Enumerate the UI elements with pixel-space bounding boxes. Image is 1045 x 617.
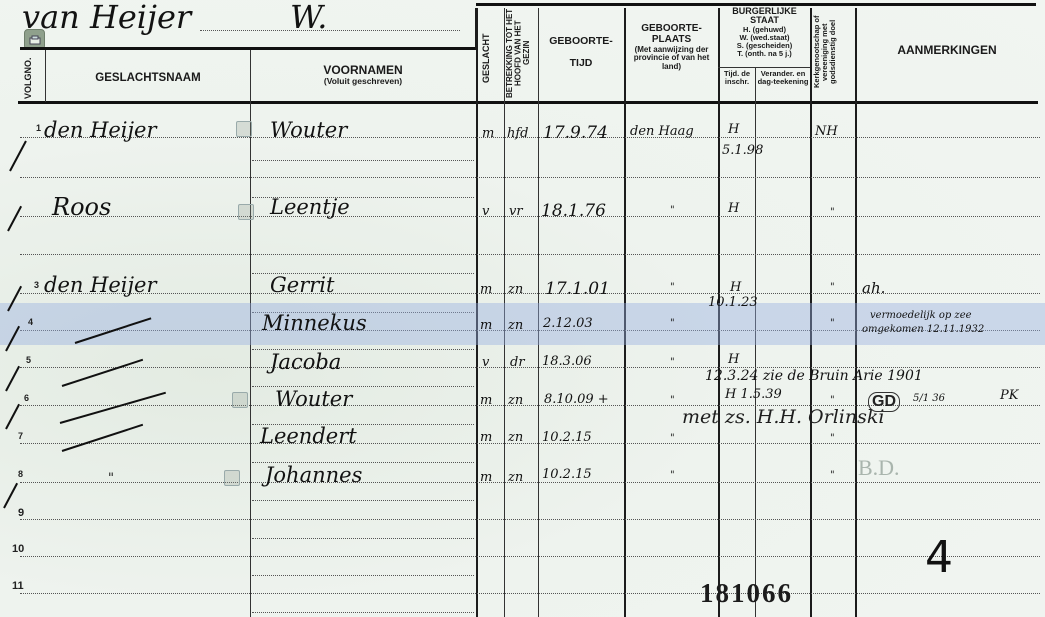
row6-civil: H 1.5.39 <box>725 387 782 402</box>
church: " <box>830 470 835 481</box>
birth-place: " <box>670 433 675 444</box>
civil-status: H <box>728 201 739 216</box>
birth-date: 17.9.74 <box>543 123 608 143</box>
header-volgno: VOLGNO. <box>24 55 33 101</box>
church: " <box>830 318 835 329</box>
birth-place: " <box>670 205 675 216</box>
birth-date: 18.3.06 <box>542 354 592 369</box>
relation: zn <box>508 430 523 445</box>
row-line <box>20 482 1040 483</box>
birth-place: " <box>670 395 675 406</box>
birth-place: " <box>670 318 675 329</box>
surname: den Heijer <box>44 118 157 142</box>
remark-line-2: omgekomen 12.11.1932 <box>862 324 984 335</box>
row6-note: met zs. H.H. Orlinski <box>682 406 884 428</box>
row-line <box>252 160 474 161</box>
given-name: Jacoba <box>270 350 341 374</box>
church: NH <box>815 124 838 139</box>
title-underline <box>20 47 478 50</box>
row-line <box>252 575 474 576</box>
row-line <box>20 443 1040 444</box>
register-card: van Heijer W. VOLGNO. GESLACHTSNAAM VOOR… <box>0 0 1045 617</box>
row6-pk: PK <box>1000 388 1018 403</box>
burgerlijke-staat-divider <box>718 67 811 68</box>
header-geslacht: GESLACHT <box>482 20 491 96</box>
page-mark: 4 <box>925 532 953 583</box>
row-line <box>20 254 1040 255</box>
relation: zn <box>508 318 523 333</box>
civil-status: H <box>728 122 739 137</box>
given-name: Minnekus <box>262 311 367 335</box>
relation: zn <box>508 470 523 485</box>
stamp-mark <box>232 392 248 408</box>
civil-status: H <box>728 352 739 367</box>
sex: m <box>480 282 492 297</box>
birth-place: " <box>670 470 675 481</box>
header-voornamen: VOORNAMEN (Voluit geschreven) <box>250 64 476 86</box>
church: " <box>830 207 835 218</box>
civil-date: 10.1.23 <box>708 295 758 310</box>
tick-mark <box>3 483 18 509</box>
relation: dr <box>510 355 525 370</box>
row-number: 11 <box>12 580 24 592</box>
birth-date: 18.1.76 <box>541 201 606 221</box>
stamp-mark <box>238 204 254 220</box>
header-geslachtsnaam: GESLACHTSNAAM <box>46 72 250 84</box>
stamp-mark <box>236 121 252 137</box>
church: " <box>830 395 835 406</box>
header-aanmerkingen: AANMERKINGEN <box>856 44 1038 57</box>
serial-number: 181066 <box>700 578 793 609</box>
tick-mark <box>9 141 27 172</box>
birth-date: 10.2.15 <box>542 430 592 445</box>
given-name: Leendert <box>260 424 357 448</box>
birth-date: 10.2.15 <box>542 467 592 482</box>
given-name: Gerrit <box>270 273 334 297</box>
tick-mark <box>7 206 22 232</box>
row-line <box>20 177 1040 178</box>
birth-place: " <box>670 357 675 368</box>
birth-date: 2.12.03 <box>543 316 593 331</box>
tick-mark <box>5 404 20 430</box>
row5-civil-note: 12.3.24 zie de Bruin Arie 1901 <box>705 368 923 384</box>
header-geboortetijd-1: GEBOORTE- <box>549 35 613 47</box>
surname: den Heijer <box>44 273 157 297</box>
header-verandering: Verander. en dag-teekening <box>756 70 810 86</box>
header-burgerlijke-staat: BURGERLIJKE STAAT H. (gehuwd) W. (wed.st… <box>719 7 810 57</box>
surname-ditto: " <box>108 471 114 486</box>
header-betrekking: BETREKKING TOT HET HOOFD VAN HET GEZIN <box>506 8 536 98</box>
gd-stamp: GD <box>868 392 900 412</box>
header-bs-title: BURGERLIJKE STAAT <box>719 7 810 26</box>
given-name: Wouter <box>275 387 352 411</box>
relation: hfd <box>507 126 529 141</box>
sex: m <box>480 393 492 408</box>
row-line <box>252 612 474 613</box>
row-number: 9 <box>18 507 24 519</box>
header-voornamen-sub: (Voluit geschreven) <box>250 77 476 86</box>
birth-date: 17.1.01 <box>545 279 610 299</box>
row-line <box>20 593 1040 594</box>
row6-stamp-date: 5/1 36 <box>913 393 945 404</box>
header-bottom-rule <box>18 101 1038 104</box>
card-head-name: van Heijer <box>22 0 191 36</box>
stamp-mark <box>224 470 240 486</box>
row-line <box>20 216 1040 217</box>
birth-place: den Haag <box>630 124 694 139</box>
header-tijd-inschr: Tijd. de inschr. <box>719 70 755 86</box>
header-geboortetijd-2: TIJD <box>570 57 593 69</box>
row-number: 3 <box>34 280 39 290</box>
church: " <box>830 282 835 293</box>
row-number: 1 <box>36 123 41 133</box>
church: " <box>830 433 835 444</box>
tick-mark <box>5 366 20 392</box>
row-number: 5 <box>26 355 31 365</box>
header-bs-t: T. (onth. na 5 j.) <box>719 50 810 58</box>
given-name: Wouter <box>270 118 347 142</box>
birth-date: 8.10.09 + <box>544 392 609 407</box>
row-line <box>252 538 474 539</box>
row-line <box>20 137 1040 138</box>
title-dotted-line <box>200 30 460 31</box>
header-geboorteplaats-sub: (Met aanwijzing der provincie of van het… <box>625 46 718 71</box>
relation: vr <box>509 204 523 219</box>
given-name: Leentje <box>270 195 350 219</box>
ditto-stroke <box>62 424 143 452</box>
header-geboorteplaats-2: PLAATS <box>652 34 691 45</box>
sex: v <box>482 355 489 370</box>
header-geboorteplaats-1: GEBOORTE- <box>641 23 702 34</box>
row-number: 6 <box>24 393 29 403</box>
civil-date: 5.1.98 <box>722 143 763 158</box>
remark-line-1: vermoedelijk op zee <box>870 310 972 321</box>
header-kerkgenootschap: Kerkgenootschap of vereeniging met godsd… <box>813 6 853 98</box>
sex: m <box>480 430 492 445</box>
birth-place: " <box>670 282 675 293</box>
sex: v <box>482 204 489 219</box>
header-geboorteplaats: GEBOORTE- PLAATS (Met aanwijzing der pro… <box>625 24 718 71</box>
ditto-stroke <box>62 359 143 387</box>
civil-status: H <box>730 280 741 295</box>
row-line <box>20 293 1040 294</box>
sex: m <box>480 470 492 485</box>
surname: Roos <box>52 193 111 221</box>
row-line <box>20 519 1040 520</box>
row-number: 7 <box>18 431 23 441</box>
row-number: 4 <box>28 317 33 327</box>
bd-stamp: B.D. <box>858 455 900 481</box>
sex: m <box>480 318 492 333</box>
row-number: 10 <box>12 543 24 555</box>
header-voornamen-label: VOORNAMEN <box>323 63 402 77</box>
sex: m <box>482 126 494 141</box>
relation: zn <box>508 282 523 297</box>
given-name: Johannes <box>265 463 362 487</box>
row-number: 8 <box>18 469 23 479</box>
ditto-stroke <box>60 392 166 424</box>
row-line <box>252 500 474 501</box>
header-geboortetijd: GEBOORTE- TIJD <box>538 36 624 69</box>
remark: ah. <box>862 279 885 297</box>
row-line <box>20 556 1040 557</box>
relation: zn <box>508 393 523 408</box>
